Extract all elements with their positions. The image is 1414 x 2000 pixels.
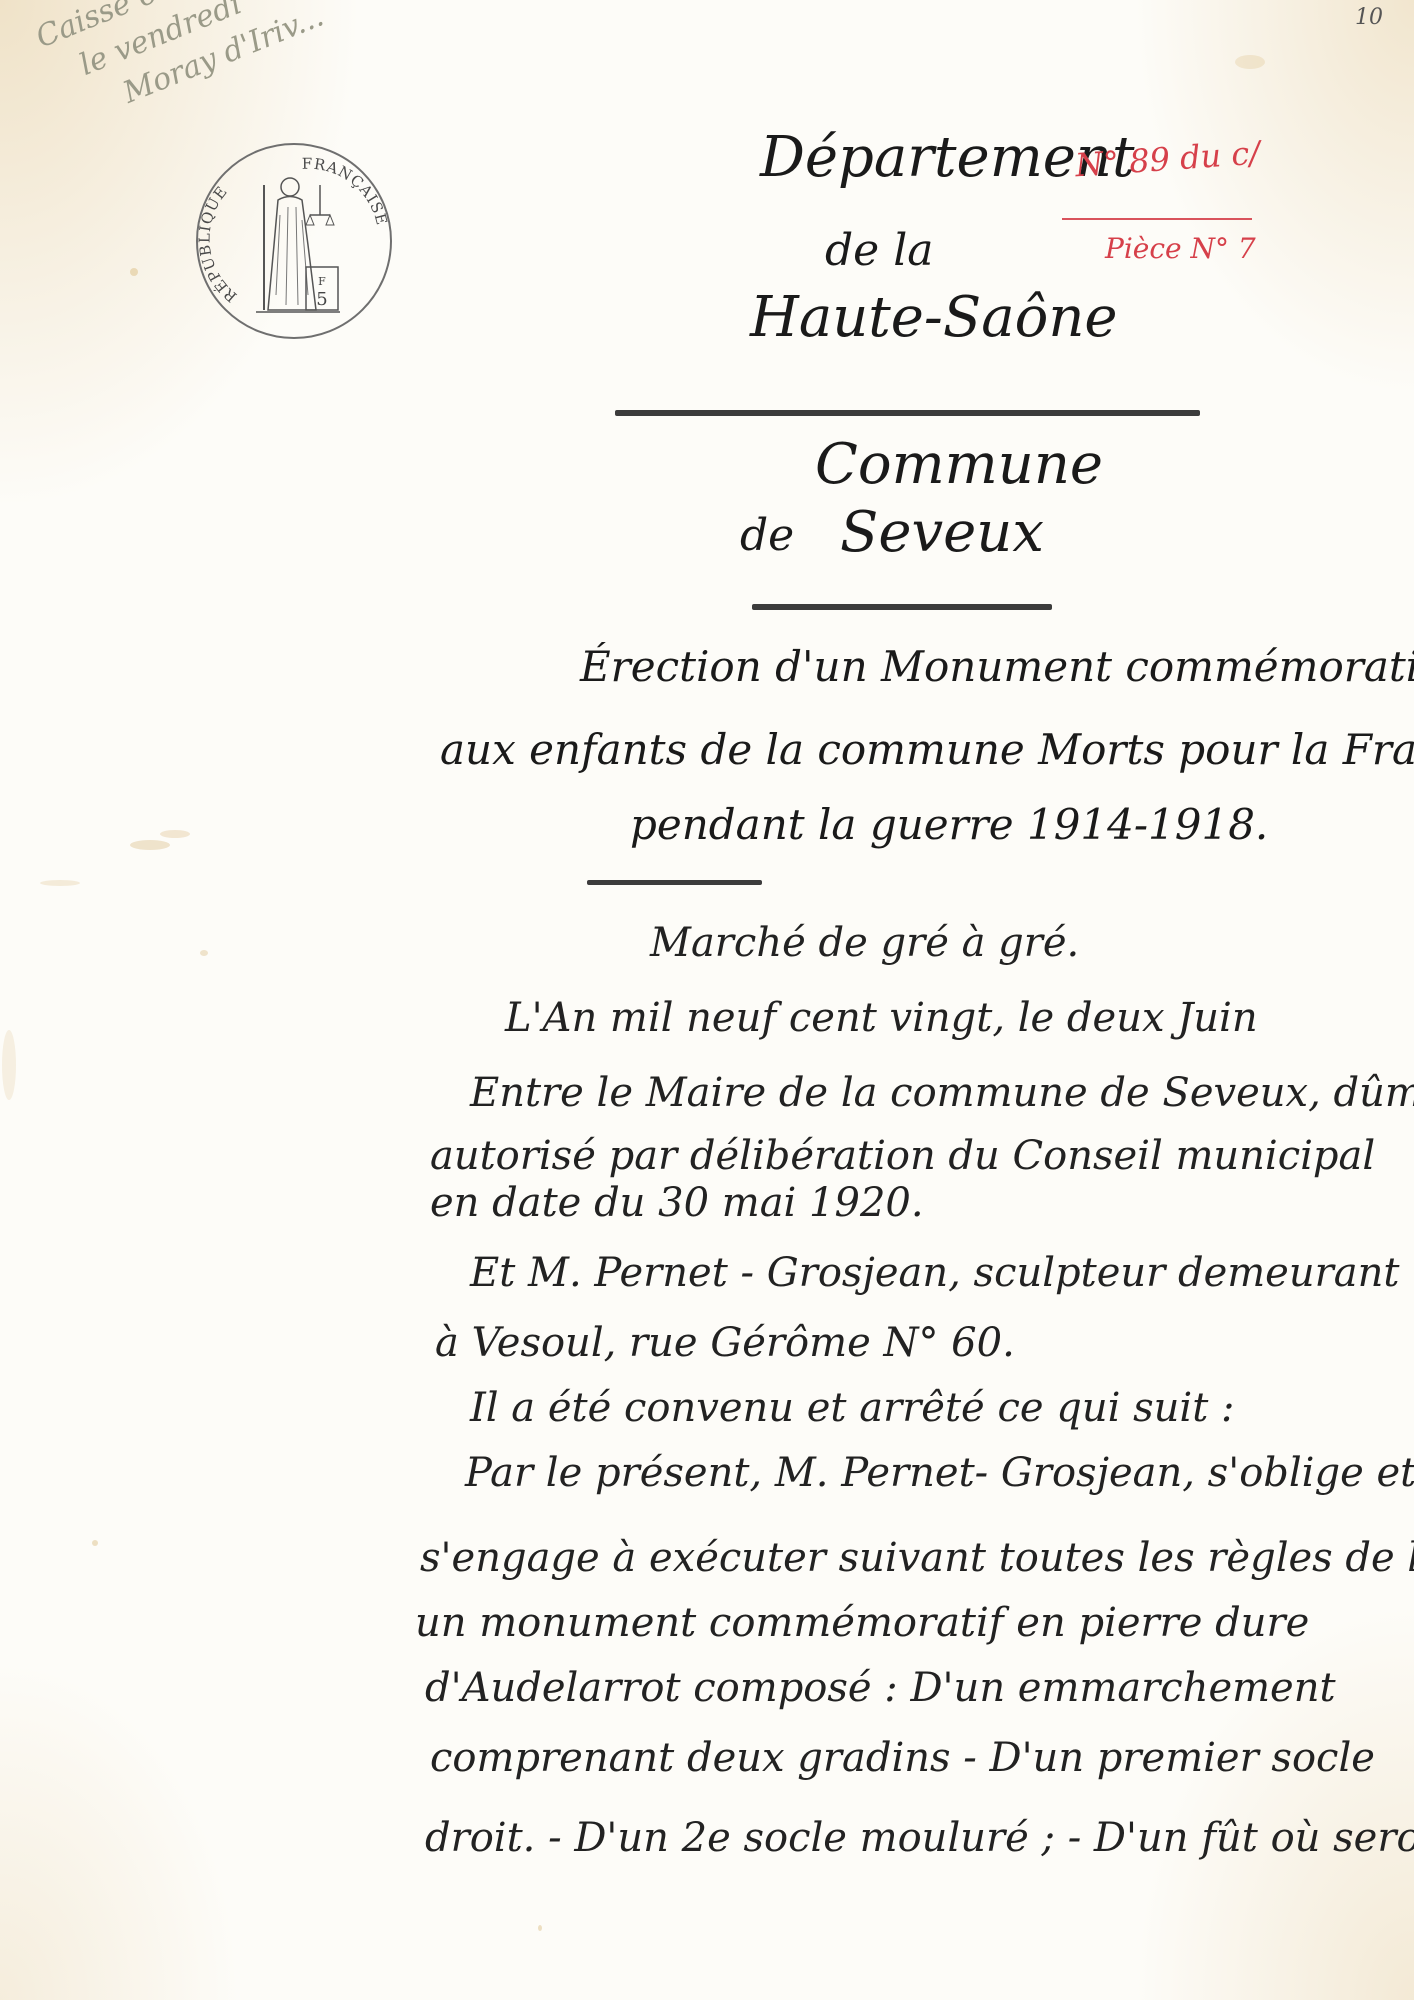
body-line: autorisé par délibération du Conseil mun… [430,1133,1375,1179]
document-page: 10 Caisse ouverte le vendredi Moray d'Ir… [0,0,1414,2000]
body-line: Et M. Pernet - Grosjean, sculpteur demeu… [470,1250,1399,1296]
commune-name: Seveux [840,500,1044,565]
body-line: à Vesoul, rue Gérôme N° 60. [435,1320,1015,1366]
svg-text:5: 5 [316,289,327,310]
foxing-stain [200,950,208,956]
red-divider [1062,218,1252,220]
body-line: un monument commémoratif en pierre dure [415,1600,1309,1646]
foxing-stain [130,268,138,276]
contract-type: Marché de gré à gré. [650,920,1079,966]
body-line: Par le présent, M. Pernet- Grosjean, s'o… [465,1450,1414,1496]
stamp-text-right: FRANÇAISE [302,155,390,228]
body-line: d'Audelarrot composé : D'un emmarchement [425,1665,1336,1711]
body-line: comprenant deux gradins - D'un premier s… [430,1735,1375,1781]
foxing-stain [160,830,190,838]
department-of: de la [825,225,934,276]
subject-line-2: aux enfants de la commune Morts pour la … [440,725,1414,774]
section-divider [587,880,762,885]
body-line: droit. - D'un 2e socle mouluré ; - D'un … [425,1815,1414,1861]
body-line: en date du 30 mai 1920. [430,1180,924,1226]
commune-label: Commune [815,432,1103,497]
subject-line-3: pendant la guerre 1914-1918. [630,800,1268,849]
body-line: Entre le Maire de la commune de Seveux, … [470,1070,1414,1116]
foxing-stain [1235,55,1265,69]
foxing-stain [538,1925,542,1931]
svg-text:F: F [318,275,326,288]
foxing-stain [40,880,80,886]
department-name: Haute-Saône [750,285,1118,350]
foxing-stain [2,1030,16,1100]
commune-of: de [740,510,794,561]
svg-text:RÉPUBLIQUE: RÉPUBLIQUE [198,182,241,305]
foxing-stain [92,1540,98,1546]
section-divider [615,410,1200,416]
section-divider [752,604,1052,610]
svg-text:FRANÇAISE: FRANÇAISE [302,155,390,228]
body-line: L'An mil neuf cent vingt, le deux Juin [505,995,1258,1041]
body-line: Il a été convenu et arrêté ce qui suit : [470,1385,1234,1431]
body-line: s'engage à exécuter suivant toutes les r… [420,1535,1414,1581]
page-number: 10 [1355,5,1383,30]
foxing-stain [130,840,170,850]
subject-line-1: Érection d'un Monument commémoratif [580,642,1414,691]
stamp-text-left: RÉPUBLIQUE [198,182,241,305]
red-piece-number: Pièce N° 7 [1105,232,1256,265]
marianne-seal-icon: RÉPUBLIQUE FRANÇAISE F 5 [196,143,392,339]
